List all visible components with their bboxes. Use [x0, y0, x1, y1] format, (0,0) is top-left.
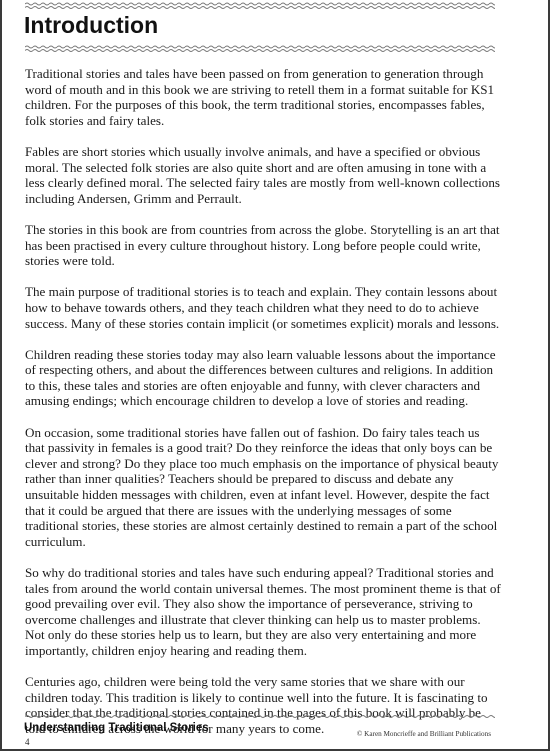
- top-wavy-divider: [25, 2, 495, 8]
- copyright-notice: © Karen Moncrieffe and Brilliant Publica…: [357, 730, 491, 738]
- paragraph-1: Traditional stories and tales have been …: [25, 66, 501, 128]
- page-title: Introduction: [24, 12, 158, 39]
- title-wavy-divider: [25, 45, 495, 51]
- footer-wavy-divider: [25, 714, 495, 720]
- page-number: 4: [25, 737, 30, 747]
- paragraph-4: The main purpose of traditional stories …: [25, 284, 501, 331]
- body-text: Traditional stories and tales have been …: [25, 66, 501, 751]
- footer-book-title: Understanding Traditional Stories: [24, 722, 209, 734]
- paragraph-2: Fables are short stories which usually i…: [25, 144, 501, 206]
- paragraph-3: The stories in this book are from countr…: [25, 222, 501, 269]
- paragraph-5: Children reading these stories today may…: [25, 347, 501, 409]
- paragraph-6: On occasion, some traditional stories ha…: [25, 425, 501, 550]
- document-page: Introduction Traditional stories and tal…: [0, 0, 550, 751]
- paragraph-7: So why do traditional stories and tales …: [25, 565, 501, 659]
